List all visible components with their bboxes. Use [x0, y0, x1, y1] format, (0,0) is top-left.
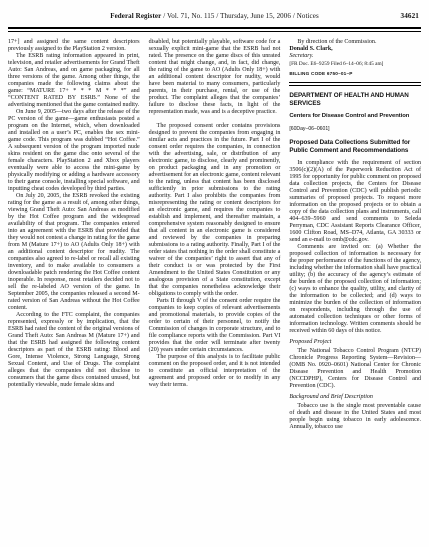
header-double-rule — [8, 27, 421, 32]
docket-number: [60Day–06–0601] — [289, 126, 421, 133]
paragraph: The ESRB rating information appeared in … — [8, 53, 140, 109]
section-divider-rule — [289, 82, 421, 87]
billing-code: BILLING CODE 6750–01–P — [289, 70, 421, 77]
fr-doc-line: [FR Doc. E6–9259 Filed 6–14–06; 8:45 am] — [289, 61, 421, 68]
notice-title: Proposed Data Collections Submitted for … — [289, 139, 421, 154]
paragraph: Tobacco use is the single most preventab… — [289, 403, 421, 431]
text-columns: 17+] and assigned the same content descr… — [0, 39, 429, 431]
paragraph: disabled, but potentially playable, soft… — [149, 39, 281, 116]
page-number: 34621 — [401, 12, 419, 20]
federal-register-page: Federal Register / Vol. 71, No. 115 / Th… — [0, 0, 429, 547]
paragraph: In compliance with the requirement of se… — [289, 160, 421, 244]
running-head: Federal Register / Vol. 71, No. 115 / Th… — [0, 12, 429, 24]
proposed-project-heading: Proposed Project — [289, 339, 421, 346]
column-3: By direction of the Commission. Donald S… — [289, 39, 421, 431]
paragraph: On July 20, 2005, the ESRB revoked the e… — [8, 193, 140, 312]
agency-heading: Centers for Disease Control and Preventi… — [289, 113, 421, 120]
paragraph: Parts II through V of the consent order … — [149, 298, 281, 354]
signature-title: Secretary. — [289, 53, 421, 60]
column-2: disabled, but potentially playable, soft… — [149, 39, 281, 389]
paragraph: 17+] and assigned the same content descr… — [8, 39, 140, 53]
header-journal-name: Federal Register — [110, 12, 161, 20]
header-issue-info: / Vol. 71, No. 115 / Thursday, June 15, … — [163, 12, 319, 20]
paragraph: Comments are invited on: (a) Whether the… — [289, 244, 421, 335]
paragraph: The purpose of this analysis is to facil… — [149, 354, 281, 389]
department-heading: DEPARTMENT OF HEALTH AND HUMAN SERVICES — [289, 92, 421, 107]
paragraph: The National Tobacco Control Program (NT… — [289, 348, 421, 390]
background-heading: Background and Brief Description — [289, 394, 421, 401]
paragraph: On June 9, 2005—two days after the relea… — [8, 109, 140, 193]
signature-name: Donald S. Clark, — [289, 46, 421, 53]
paragraph: The proposed consent order contains prov… — [149, 123, 281, 298]
column-1: 17+] and assigned the same content descr… — [8, 39, 140, 389]
signature-by-line: By direction of the Commission. — [289, 39, 421, 46]
paragraph: According to the FTC complaint, the comp… — [8, 312, 140, 389]
